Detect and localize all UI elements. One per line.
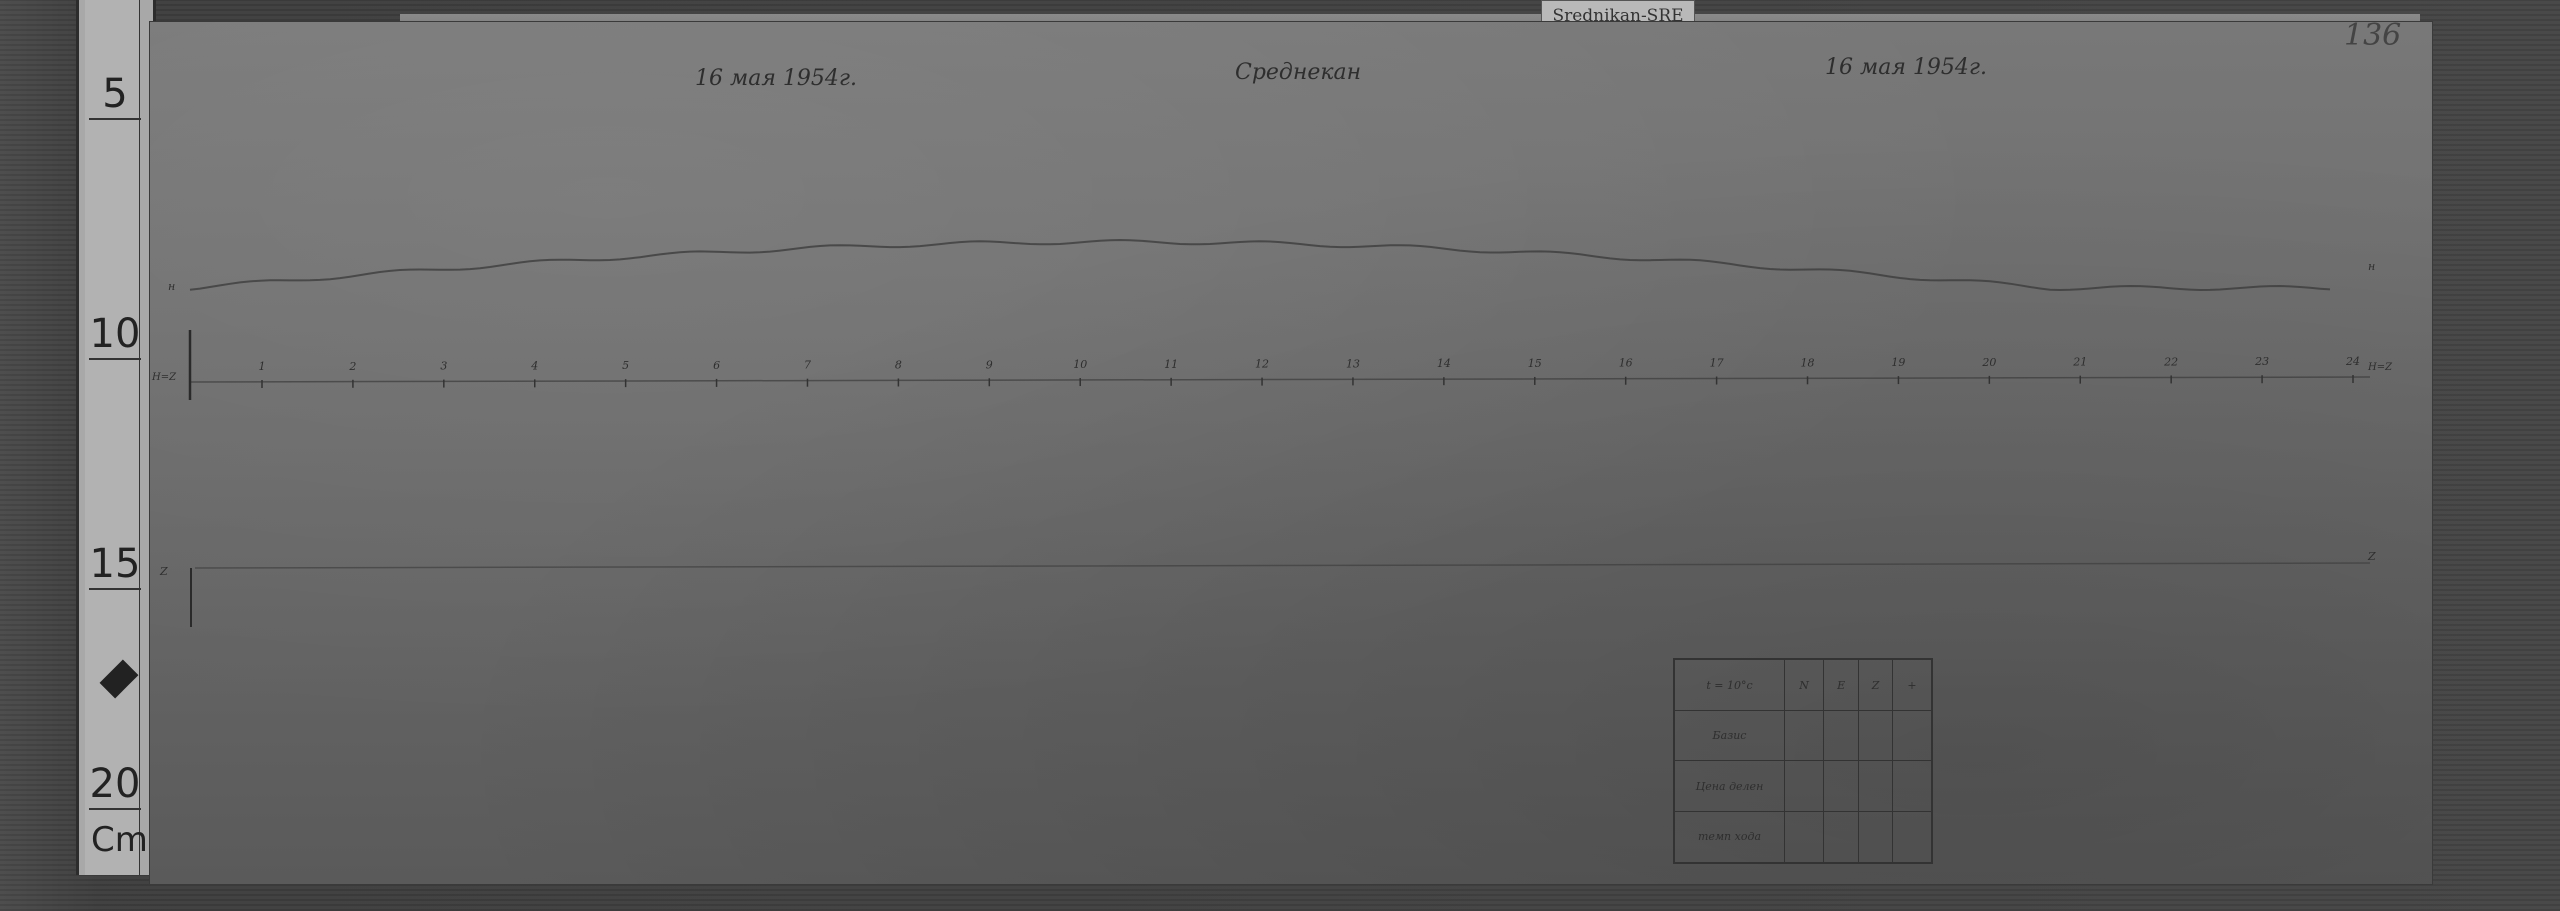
calibration-cell [1785,811,1824,863]
minute-mark-label: 17 [1710,357,1724,370]
minute-mark-label: 19 [1891,356,1905,369]
minute-mark-label: 4 [530,359,538,372]
minute-mark-label: 5 [622,359,629,372]
calibration-cell [1893,761,1932,811]
calibration-header-row: t = 10°c N E Z + [1674,659,1932,711]
minute-mark-label: 9 [986,358,993,371]
minute-mark-label: 13 [1346,357,1360,370]
calibration-cell [1893,811,1932,863]
calibration-table: t = 10°c N E Z + Базис Цена делен темп х… [1673,658,1933,864]
minute-mark-label: 23 [2254,355,2269,368]
seismogram-traces: 123456789101112131415161718192021222324 [0,0,2560,911]
minute-mark-label: 16 [1619,357,1633,370]
minute-mark-label: 3 [440,360,447,373]
calibration-row: Базис [1674,711,1932,761]
minute-mark-label: 18 [1801,356,1815,369]
calibration-header-plus: + [1893,659,1932,711]
minute-mark-label: 12 [1255,358,1269,371]
minute-mark-label: 1 [259,360,266,373]
minute-mark-label: 20 [1981,356,1996,369]
calibration-cell [1824,761,1859,811]
minute-mark-label: 11 [1164,358,1178,371]
calibration-cell [1859,811,1893,863]
calibration-header-n: N [1785,659,1824,711]
minute-mark-label: 2 [348,360,356,373]
minute-mark-label: 6 [713,359,720,372]
minute-mark-label: 7 [804,359,811,372]
calibration-row: темп хода [1674,811,1932,863]
calibration-cell [1859,711,1893,761]
calibration-cell [1893,711,1932,761]
calibration-cell [1824,811,1859,863]
minute-mark-label: 15 [1528,357,1542,370]
calibration-cell [1785,711,1824,761]
calibration-header-z: Z [1859,659,1893,711]
minute-mark-label: 14 [1437,357,1451,370]
calibration-cell [1824,711,1859,761]
calibration-header-e: E [1824,659,1859,711]
calibration-row: Цена делен [1674,761,1932,811]
minute-mark-label: 24 [2345,355,2360,368]
minute-mark-label: 22 [2163,355,2178,368]
calibration-row-label: Базис [1674,711,1785,761]
minute-mark-label: 21 [2072,356,2087,369]
calibration-cell [1785,761,1824,811]
calibration-cell [1859,761,1893,811]
calibration-row-label: темп хода [1674,811,1785,863]
minute-mark-label: 8 [895,358,902,371]
calibration-header-temp: t = 10°c [1674,659,1785,711]
calibration-row-label: Цена делен [1674,761,1785,811]
minute-mark-label: 10 [1073,358,1087,371]
